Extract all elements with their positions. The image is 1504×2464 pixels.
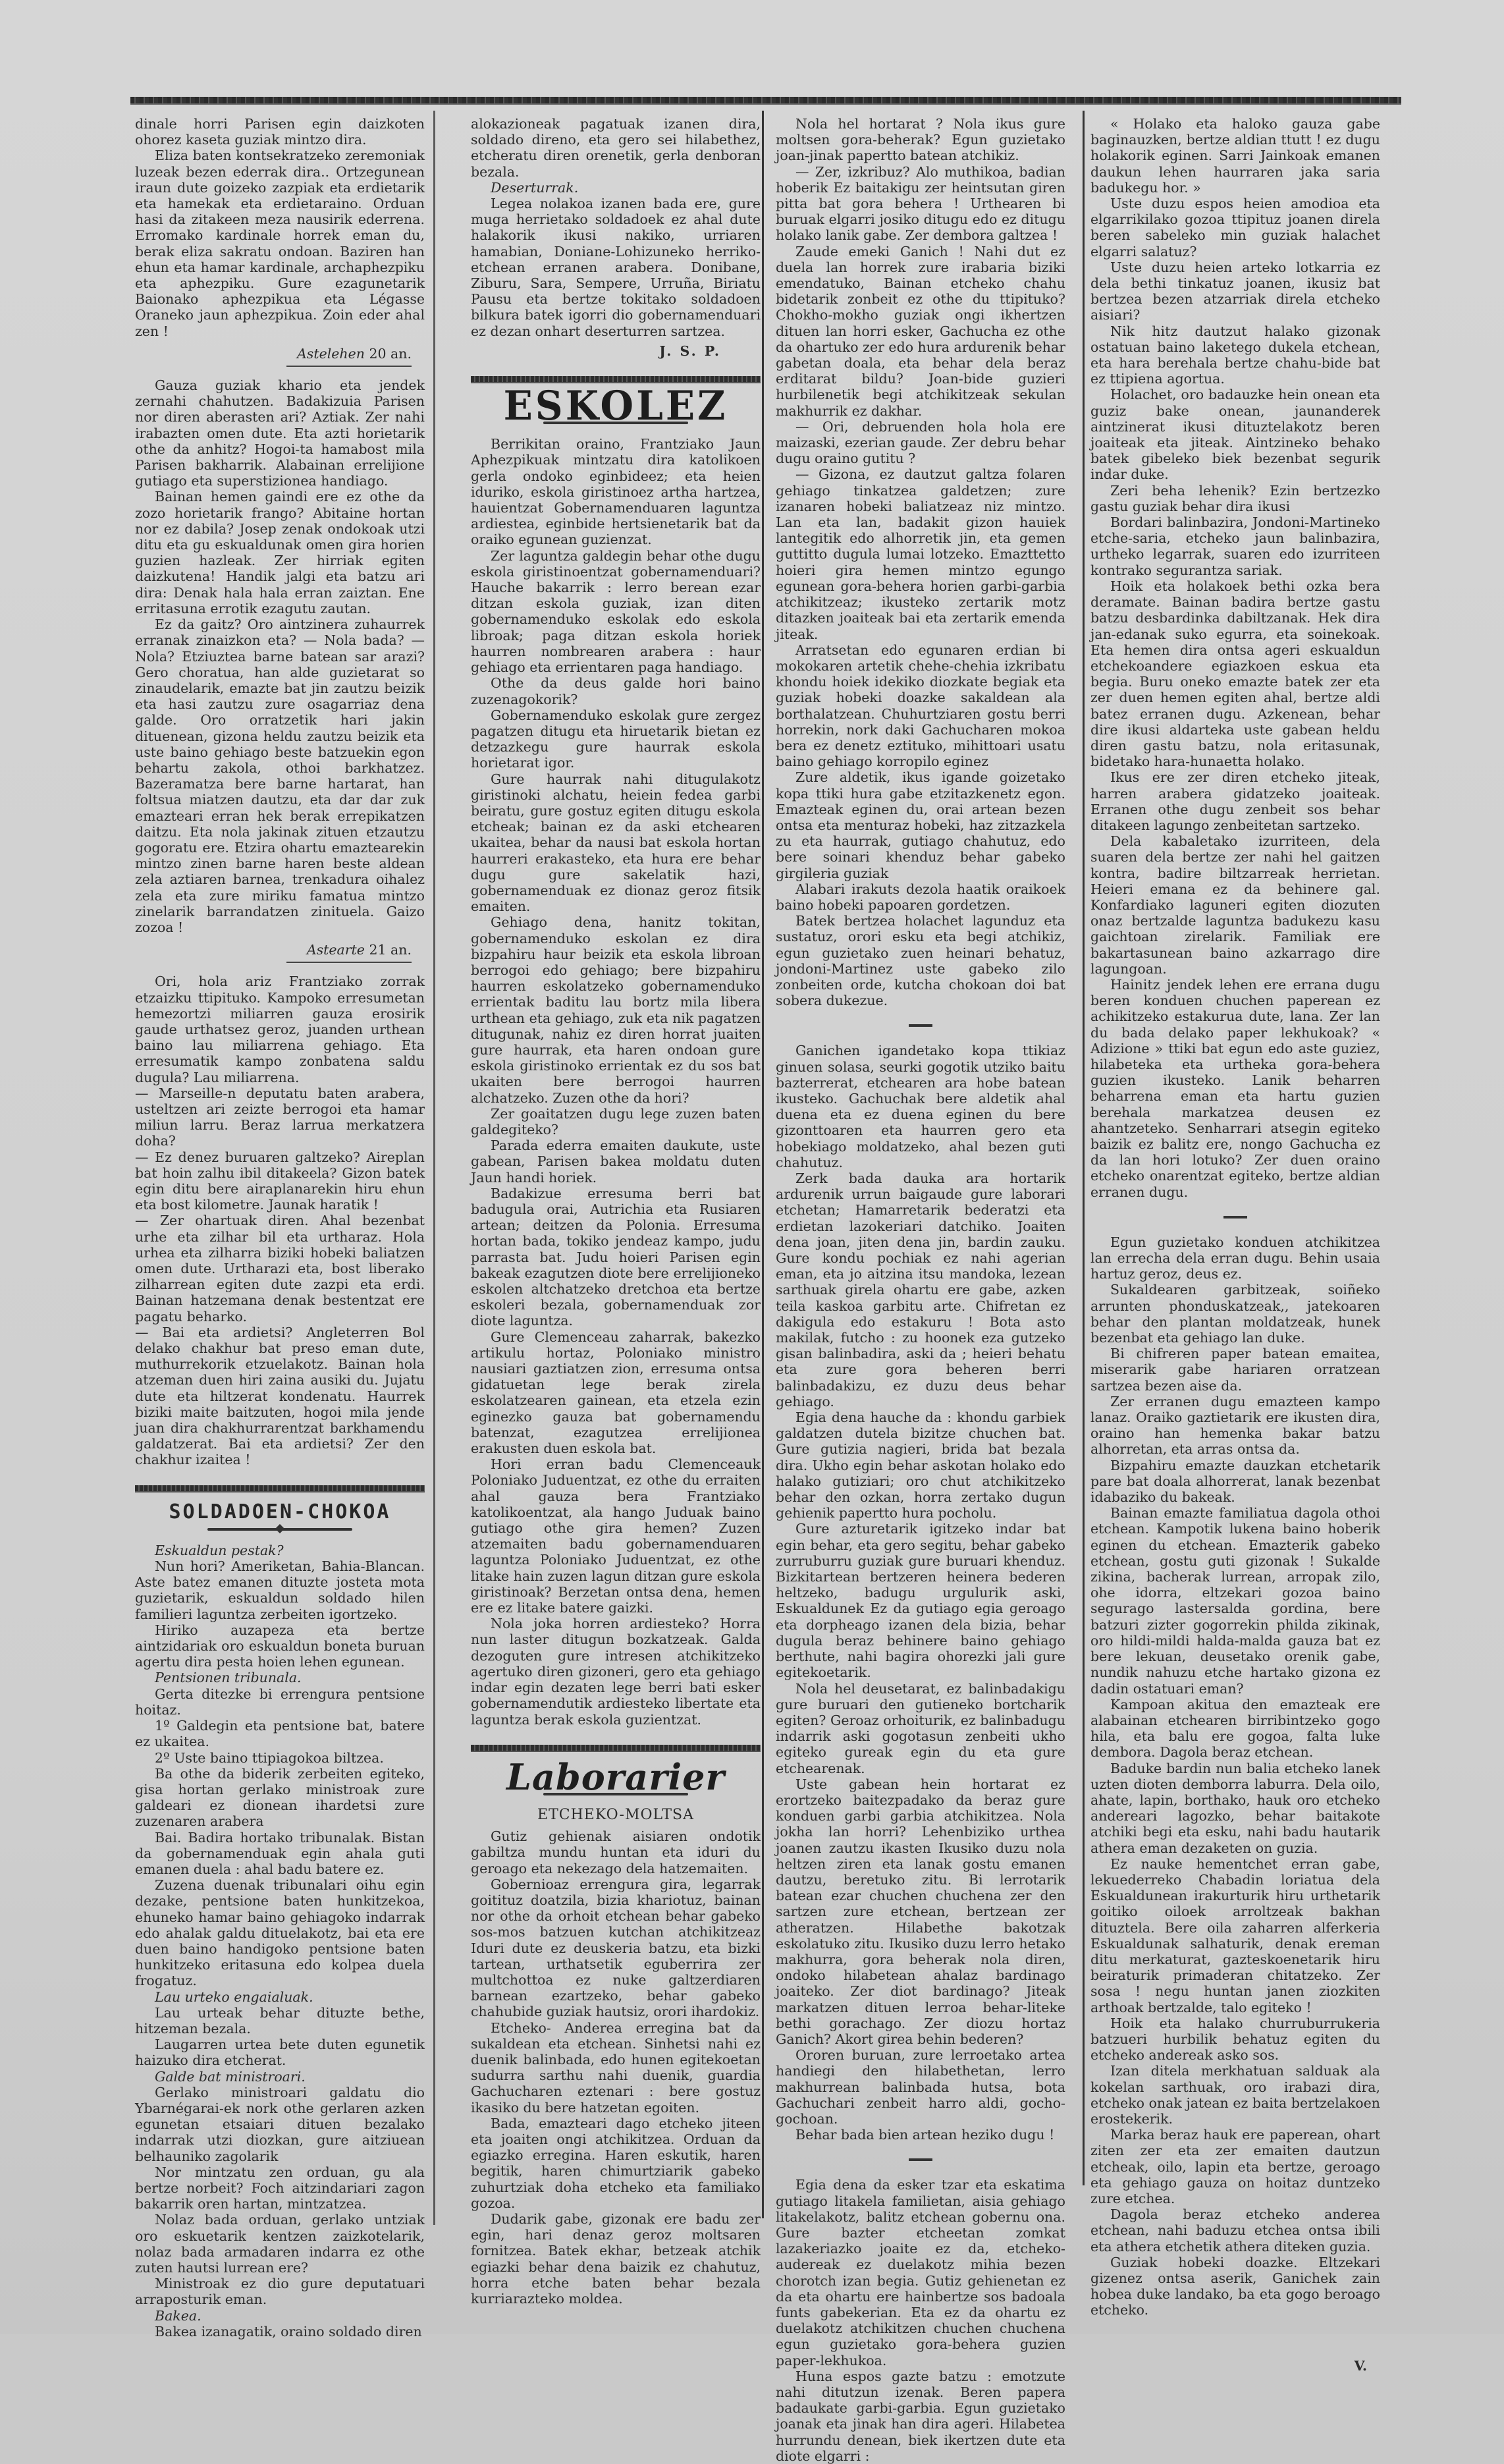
column-4: « Holako eta haloko gauza gabe baginauzk… bbox=[1090, 116, 1380, 2334]
article-paragraph: Bakea izanagatik, oraino soldado diren bbox=[135, 2324, 425, 2334]
article-paragraph: Othe da deus galde hori baino zuzenagoko… bbox=[471, 675, 761, 707]
article-paragraph: Gauza guziak khario eta jendek zernahi c… bbox=[135, 377, 425, 489]
article-paragraph: alokazioneak pagatuak izanen dira, solda… bbox=[471, 116, 761, 180]
article-paragraph: Nola joka horren ardiesteko? Horra nun l… bbox=[471, 1616, 761, 1727]
article-paragraph: Gobernioaz errengura gira, legarrak goit… bbox=[471, 1876, 761, 2020]
article-paragraph: Zer goaitatzen dugu lege zuzen baten gal… bbox=[471, 1106, 761, 1137]
article-paragraph: Badakizue erresuma berri bat badugula or… bbox=[471, 1186, 761, 1329]
article-paragraph: Gure haurrak nahi ditugulakotz giristino… bbox=[471, 771, 761, 915]
article-paragraph: Nola hel hortarat ? Nola ikus gure molts… bbox=[776, 116, 1065, 164]
article-paragraph: Dudarik gabe, gizonak ere badu zer egin,… bbox=[471, 2211, 761, 2307]
section-subheading: Bakea. bbox=[135, 2308, 425, 2324]
section-title: Laborarier bbox=[471, 1769, 761, 1785]
article-paragraph: — Bai eta ardietsi? Angleterren Bol dela… bbox=[135, 1325, 425, 1468]
article-paragraph: Bordari balinbazira, Jondoni-Martineko e… bbox=[1090, 514, 1380, 578]
article-paragraph: Zerk bada dauka ara hortarik ardurenik u… bbox=[776, 1170, 1065, 1410]
article-paragraph: Zaude emeki Ganich ! Nahi dut ez duela l… bbox=[776, 244, 1065, 419]
article-paragraph: Alabari irakuts dezola haatik oraikoek b… bbox=[776, 881, 1065, 913]
section-divider bbox=[135, 1485, 425, 1492]
article-paragraph: Dagola beraz etcheko anderea etchean, na… bbox=[1090, 2206, 1380, 2255]
section-title: SOLDADOEN-CHOKOA bbox=[135, 1504, 425, 1520]
article-paragraph: Hiriko auzapeza eta bertze aintzidariak … bbox=[135, 1622, 425, 1670]
section-title: ESKOLEZ bbox=[471, 397, 761, 414]
section-subheading: Deserturrak. bbox=[471, 180, 761, 196]
article-paragraph: Nik hitz dautzut halako gizonak ostatuan… bbox=[1090, 323, 1380, 387]
article-paragraph: Berrikitan oraino, Frantziako Jaun Aphez… bbox=[471, 436, 761, 547]
article-paragraph: Baduke bardin nun balia etcheko lanek uz… bbox=[1090, 1761, 1380, 1856]
column-divider-2 bbox=[762, 111, 764, 2218]
separator-dash bbox=[909, 2158, 932, 2161]
dateline: Astearte 21 an. bbox=[286, 942, 412, 963]
article-paragraph: — Ori, debruenden hola hola ere maizaski… bbox=[776, 419, 1065, 467]
article-paragraph: Egia dena da esker tzar eta eskatima gut… bbox=[776, 2177, 1065, 2334]
article-paragraph: Ez da gaitz? Oro aintzinera zuhaurrek er… bbox=[135, 616, 425, 935]
column-3: Nola hel hortarat ? Nola ikus gure molts… bbox=[776, 116, 1065, 2334]
article-paragraph: Hoik eta holakoek bethi ozka bera derama… bbox=[1090, 578, 1380, 769]
dateline-day: Astelehen bbox=[297, 346, 365, 362]
article-paragraph: Bada, emazteari dago etcheko jiteen eta … bbox=[471, 2116, 761, 2211]
title-underline-ornament bbox=[543, 422, 688, 424]
article-paragraph: Laugarren urtea bete duten egunetik haiz… bbox=[135, 2037, 425, 2068]
article-paragraph: Hainitz jendek lehen ere errana dugu ber… bbox=[1090, 977, 1380, 1200]
article-paragraph: Etcheko- Anderea erregina bat da sukalde… bbox=[471, 2020, 761, 2116]
article-paragraph: 1º Galdegin eta pentsione bat, batere ez… bbox=[135, 1718, 425, 1749]
article-paragraph: Bai. Badira hortako tribunalak. Bistan d… bbox=[135, 1830, 425, 1878]
article-paragraph: Zuzena duenak tribunalari oihu egin deza… bbox=[135, 1877, 425, 1988]
article-paragraph: Guziak hobeki doazke. Eltzekari gizenez … bbox=[1090, 2255, 1380, 2318]
article-paragraph: Gobernamenduko eskolak gure zergez pagat… bbox=[471, 707, 761, 771]
dateline-date: 21 an. bbox=[369, 942, 412, 958]
section-subheading: Lau urteko engaialuak. bbox=[135, 1989, 425, 2005]
article-paragraph: — Zer, izkribuz? Alo muthikoa, badian ho… bbox=[776, 164, 1065, 244]
article-paragraph: Ministroak ez dio gure deputatuari arrap… bbox=[135, 2276, 425, 2307]
article-paragraph: Uste gabean hein hortarat ez erortzeko b… bbox=[776, 1776, 1065, 2047]
article-paragraph: — Zer ohartuak diren. Ahal bezenbat urhe… bbox=[135, 1213, 425, 1324]
column-2: alokazioneak pagatuak izanen dira, solda… bbox=[471, 116, 761, 2307]
article-paragraph: Bi chifreren paper batean emaitea, miser… bbox=[1090, 1346, 1380, 1394]
separator-dash bbox=[1223, 1216, 1247, 1218]
column-divider-3 bbox=[1083, 111, 1085, 2185]
article-paragraph: Hori erran badu Clemenceauk Poloniako Ju… bbox=[471, 1456, 761, 1616]
article-paragraph: Egun guzietako konduen atchikitzea lan e… bbox=[1090, 1234, 1380, 1282]
dateline: Astelehen 20 an. bbox=[286, 346, 412, 367]
article-paragraph: Gehiago dena, hanitz tokitan, gobernamen… bbox=[471, 914, 761, 1105]
article-paragraph: Legea nolakoa izanen bada ere, gure muga… bbox=[471, 196, 761, 339]
article-paragraph: Egia dena hauche da : khondu garbiek gal… bbox=[776, 1410, 1065, 1521]
section-subheading: Eskualdun pestak? bbox=[135, 1543, 425, 1558]
article-paragraph: Gerta ditezke bi errengura pentsione hoi… bbox=[135, 1686, 425, 1718]
article-paragraph: Kampoan akitua den emazteak ere alabaina… bbox=[1090, 1697, 1380, 1761]
article-paragraph: Zure aldetik, ikus igande goizetako kopa… bbox=[776, 769, 1065, 881]
article-paragraph: 2º Uste baino ttipiagokoa biltzea. bbox=[135, 1750, 425, 1766]
article-paragraph: Nor mintzatu zen orduan, gu ala bertze n… bbox=[135, 2164, 425, 2212]
section-divider bbox=[471, 1745, 761, 1752]
article-paragraph: Holachet, oro badauzke hein onean eta gu… bbox=[1090, 387, 1380, 482]
title-underline-ornament bbox=[207, 1528, 352, 1531]
article-paragraph: Zer erranen dugu emazteen kampo lanaz. O… bbox=[1090, 1394, 1380, 1458]
top-hatched-rule bbox=[130, 97, 1401, 105]
article-paragraph: Bainan emazte familiatua dagola othoi et… bbox=[1090, 1505, 1380, 1696]
article-paragraph: Marka beraz hauk ere paperean, ohart zit… bbox=[1090, 2127, 1380, 2206]
article-paragraph: Nolaz bada orduan, gerlako untziak oro e… bbox=[135, 2212, 425, 2276]
separator-dash bbox=[909, 1024, 932, 1027]
article-paragraph: Ganichen igandetako kopa ttikiaz ginuen … bbox=[776, 1043, 1065, 1170]
article-paragraph: Zer laguntza galdegin behar othe dugu es… bbox=[471, 548, 761, 676]
dateline-day: Astearte bbox=[307, 942, 365, 958]
article-paragraph: — Gizona, ez dautzut galtza folaren gehi… bbox=[776, 466, 1065, 642]
dateline-date: 20 an. bbox=[369, 346, 412, 362]
title-underline-ornament bbox=[543, 1793, 688, 1795]
article-paragraph: Ba othe da biderik zerbeiten egiteko, gi… bbox=[135, 1766, 425, 1830]
article-paragraph: Dela kabaletako izurriteen, dela suaren … bbox=[1090, 833, 1380, 977]
article-paragraph: Batek bertzea holachet lagunduz eta sust… bbox=[776, 913, 1065, 1008]
article-title: ETCHEKO-MOLTSA bbox=[471, 1807, 761, 1823]
article-paragraph: Uste duzu espos heien amodioa eta elgarr… bbox=[1090, 196, 1380, 260]
article-paragraph: Behar bada bien artean heziko dugu ! bbox=[776, 2127, 1065, 2143]
article-paragraph: Ororen buruan, zure lerroetako artea han… bbox=[776, 2047, 1065, 2127]
article-paragraph: Ikus ere zer diren etcheko jiteak, harre… bbox=[1090, 769, 1380, 833]
article-paragraph: dinale horri Parisen egin daizkoten ohor… bbox=[135, 116, 425, 148]
article-paragraph: Gure azturetarik igitzeko indar bat egin… bbox=[776, 1521, 1065, 1680]
article-paragraph: Ez nauke hementchet erran gabe, lekueder… bbox=[1090, 1856, 1380, 2015]
article-paragraph: Hoik eta halako churruburrukeria batzuer… bbox=[1090, 2015, 1380, 2064]
article-paragraph: Ori, hola ariz Frantziako zorrak etzaizk… bbox=[135, 973, 425, 1085]
article-paragraph: Sukaldearen garbitzeak, soiñeko arrunten… bbox=[1090, 1282, 1380, 1346]
section-subheading: Pentsionen tribunala. bbox=[135, 1670, 425, 1685]
article-paragraph: Lau urteak behar dituzte bethe, hitzeman… bbox=[135, 2005, 425, 2037]
article-paragraph: Gerlako ministroari galdatu dio Ybarnéga… bbox=[135, 2085, 425, 2164]
column-divider-1 bbox=[433, 111, 435, 2225]
article-paragraph: « Holako eta haloko gauza gabe baginauzk… bbox=[1090, 116, 1380, 196]
article-paragraph: Nun hori? Ameriketan, Bahia-Blancan. Ast… bbox=[135, 1558, 425, 1622]
article-paragraph: Arratsetan edo egunaren erdian bi mokoka… bbox=[776, 642, 1065, 770]
article-paragraph: Zeri beha lehenik? Ezin bertzezko gastu … bbox=[1090, 483, 1380, 514]
author-signature: J. S. P. bbox=[471, 343, 721, 359]
article-paragraph: Uste duzu heien arteko lotkarria ez dela… bbox=[1090, 260, 1380, 323]
column-1: dinale horri Parisen egin daizkoten ohor… bbox=[135, 116, 425, 2334]
article-paragraph: Nola hel deusetarat, ez balinbadakigu gu… bbox=[776, 1681, 1065, 1776]
article-paragraph: — Ez denez buruaren galtzeko? Aireplan b… bbox=[135, 1149, 425, 1213]
article-paragraph: Bainan hemen gaindi ere ez othe da zozo … bbox=[135, 489, 425, 616]
article-paragraph: Bizpahiru emazte dauzkan etchetarik pare… bbox=[1090, 1458, 1380, 1506]
newspaper-page: dinale horri Parisen egin daizkoten ohor… bbox=[0, 0, 1504, 2334]
article-paragraph: — Marseille-n deputatu baten arabera, us… bbox=[135, 1085, 425, 1149]
article-paragraph: Eliza baten kontsekratzeko zeremoniak lu… bbox=[135, 148, 425, 339]
article-paragraph: Parada ederra emaiten daukute, uste gabe… bbox=[471, 1137, 761, 1186]
section-subheading: Galde bat ministroari. bbox=[135, 2069, 425, 2085]
article-paragraph: Gutiz gehienak aisiaren ondotik gabiltza… bbox=[471, 1828, 761, 1876]
article-paragraph: Gure Clemenceau zaharrak, bakezko artiku… bbox=[471, 1329, 761, 1457]
article-paragraph: Izan ditela merkhatuan salduak ala kokel… bbox=[1090, 2063, 1380, 2127]
